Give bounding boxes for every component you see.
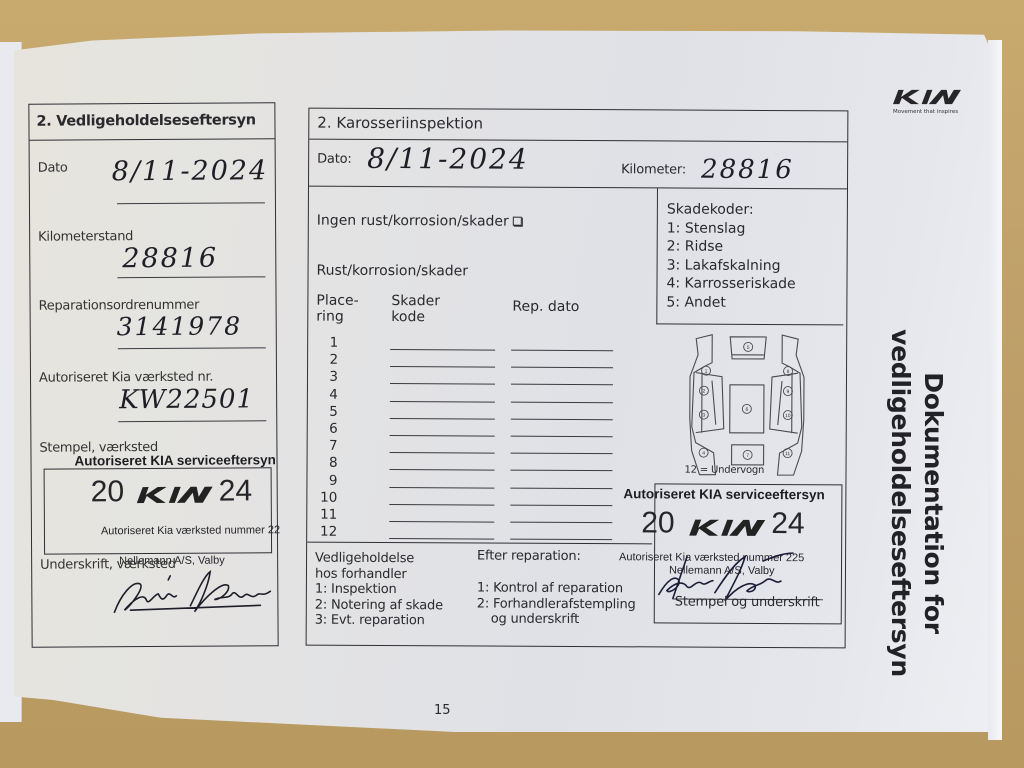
svg-text:4: 4 [702, 451, 705, 457]
repair-date-field[interactable] [511, 384, 613, 386]
repair-date-field[interactable] [510, 487, 612, 489]
maintenance-step: 2: Notering af skade [315, 597, 443, 613]
row-number: 6 [312, 421, 338, 437]
svg-text:10: 10 [785, 413, 791, 419]
no-damage-option[interactable]: Ingen rust/korrosion/skader [317, 213, 522, 230]
maintenance-step: hos forhandler [315, 566, 443, 582]
damage-code-field[interactable] [389, 538, 494, 540]
damage-code-item: 3: Lakafskalning [667, 256, 796, 275]
km-label: Kilometerstand [38, 229, 133, 245]
km-value[interactable]: 28816 [701, 155, 794, 185]
dealer-stamp-box: 20 24 Autoriseret Kia værksted nummer 22… [654, 483, 843, 624]
date-value[interactable]: 8/11-2024 [112, 155, 269, 187]
date-value[interactable]: 8/11-2024 [367, 142, 529, 176]
damage-code-field[interactable] [389, 487, 494, 489]
date-label: Dato [38, 161, 68, 176]
stamp-workshop-number: Autoriseret Kia værksted nummer 22 [101, 524, 280, 537]
workshop-number-value[interactable]: KW22501 [119, 384, 254, 415]
column-damage-code: Skader kode [391, 293, 440, 325]
repair-date-field[interactable] [510, 522, 612, 524]
km-value[interactable]: 28816 [122, 243, 218, 275]
divider [30, 138, 275, 140]
stamp-year-left: 20 [641, 506, 675, 540]
damage-code-field[interactable] [390, 366, 495, 368]
maintenance-step: Vedligeholdelse [315, 551, 443, 567]
damage-code-field[interactable] [389, 504, 494, 506]
maintenance-step: 3: Evt. reparation [315, 613, 443, 629]
row-number: 2 [312, 352, 338, 368]
after-repair-steps: 1: Kontrol af reparation2: Forhandlerafs… [477, 580, 636, 627]
damage-rows: 123456789101112 [309, 109, 847, 112]
after-repair-title: Efter reparation: [477, 548, 581, 564]
damage-codes-box: Skadekoder: 1: Stenslag2: Ridse3: Lakafs… [656, 188, 844, 325]
damage-code-field[interactable] [390, 435, 495, 437]
damage-code-field[interactable] [390, 383, 495, 385]
after-repair-step: og underskrift [477, 611, 636, 627]
damage-code-item: 4: Karrosseriskade [666, 274, 795, 293]
kia-logo-icon [689, 518, 765, 538]
no-damage-label: Ingen rust/korrosion/skader [317, 213, 509, 230]
damage-code-item: 1: Stenslag [667, 219, 796, 238]
svg-text:11: 11 [785, 451, 790, 457]
km-line [117, 276, 265, 278]
row-number: 8 [312, 455, 338, 471]
svg-text:5: 5 [747, 345, 750, 351]
km-label: Kilometer: [621, 162, 686, 177]
damage-code-item: 5: Andet [666, 293, 795, 312]
row-number: 9 [311, 472, 337, 488]
svg-text:7: 7 [746, 453, 749, 459]
workshop-number-label: Autoriseret Kia værksted nr. [39, 370, 213, 386]
repair-order-line [118, 347, 266, 349]
maintenance-steps: Vedligeholdelsehos forhandler1: Inspekti… [315, 551, 444, 629]
repair-date-field[interactable] [511, 367, 613, 369]
kia-logo-icon [137, 485, 213, 505]
row-number: 12 [311, 524, 337, 540]
workshop-number-line [118, 420, 266, 422]
repair-order-value[interactable]: 3141978 [117, 311, 243, 341]
svg-text:1: 1 [705, 369, 708, 375]
workshop-signature[interactable] [110, 565, 280, 618]
row-number: 1 [312, 335, 338, 351]
damage-code-field[interactable] [390, 469, 495, 471]
divider [307, 542, 652, 545]
row-number: 7 [312, 438, 338, 454]
column-repair-date: Rep. dato [512, 299, 579, 315]
damage-code-field[interactable] [390, 418, 495, 420]
diagram-caption: 12 = Undervogn [684, 465, 764, 476]
column-placement: Place- ring [316, 293, 358, 325]
after-repair-step: 1: Kontrol af reparation [477, 580, 636, 596]
stamp-year-right: 24 [771, 507, 805, 541]
maintenance-inspection-panel: 2. Vedligeholdelseseftersyn Dato 8/11-20… [28, 102, 278, 647]
stamp-year-left: 20 [91, 475, 125, 509]
damage-code-field[interactable] [390, 452, 495, 454]
svg-text:2: 2 [703, 389, 706, 395]
damage-codes-title: Skadekoder: [667, 200, 796, 219]
row-number: 5 [312, 403, 338, 419]
repair-date-field[interactable] [510, 539, 612, 541]
row-number: 4 [312, 386, 338, 402]
repair-date-field[interactable] [511, 350, 613, 352]
maintenance-step: 1: Inspektion [315, 582, 443, 598]
svg-text:3: 3 [702, 413, 705, 419]
repair-date-field[interactable] [511, 453, 613, 455]
section-title: 2. Karosseriinspektion [317, 114, 483, 133]
workshop-stamp: 20 24 Autoriseret Kia værksted nummer 22 [44, 467, 273, 554]
date-line [117, 202, 265, 204]
row-number: 11 [311, 507, 337, 523]
date-label: Dato: [317, 152, 351, 167]
stamp-year-right: 24 [219, 474, 253, 508]
damage-code-field[interactable] [390, 401, 495, 403]
row-number: 10 [311, 489, 337, 505]
side-title: Dokumentation for vedligeholdelsesefters… [884, 318, 950, 688]
damage-code-item: 2: Ridse [667, 237, 796, 256]
stamp-caption: Stempel og underskrift [675, 595, 820, 611]
damage-code-field[interactable] [389, 521, 494, 523]
repair-date-field[interactable] [510, 504, 612, 506]
after-repair-step: 2: Forhandlerafstempling [477, 596, 636, 612]
svg-text:8: 8 [787, 369, 790, 375]
svg-text:6: 6 [745, 407, 748, 413]
svg-text:9: 9 [787, 389, 790, 395]
repair-date-field[interactable] [511, 436, 613, 438]
row-number: 3 [312, 369, 338, 385]
page-number: 15 [434, 703, 451, 718]
page-stack-edge [988, 40, 1002, 740]
stamp-heading: Autoriseret KIA serviceeftersyn [74, 452, 275, 468]
kia-brand-logo-icon [893, 88, 961, 106]
repair-date-field[interactable] [511, 470, 613, 472]
no-damage-checkbox[interactable] [513, 217, 522, 226]
section-title: 2. Vedligeholdelseseftersyn [36, 112, 255, 129]
damage-codes-list: Skadekoder: 1: Stenslag2: Ridse3: Lakafs… [666, 200, 796, 312]
brand-tagline: Movement that inspires [893, 109, 958, 115]
damage-label: Rust/korrosion/skader [317, 263, 469, 280]
car-body-diagram: 1 2 3 4 5 6 7 8 9 10 11 [687, 333, 806, 479]
repair-date-field[interactable] [511, 401, 613, 403]
repair-date-field[interactable] [511, 418, 613, 420]
damage-code-field[interactable] [390, 349, 495, 351]
body-inspection-panel: 2. Karosseriinspektion Dato: 8/11-2024 K… [306, 108, 849, 649]
